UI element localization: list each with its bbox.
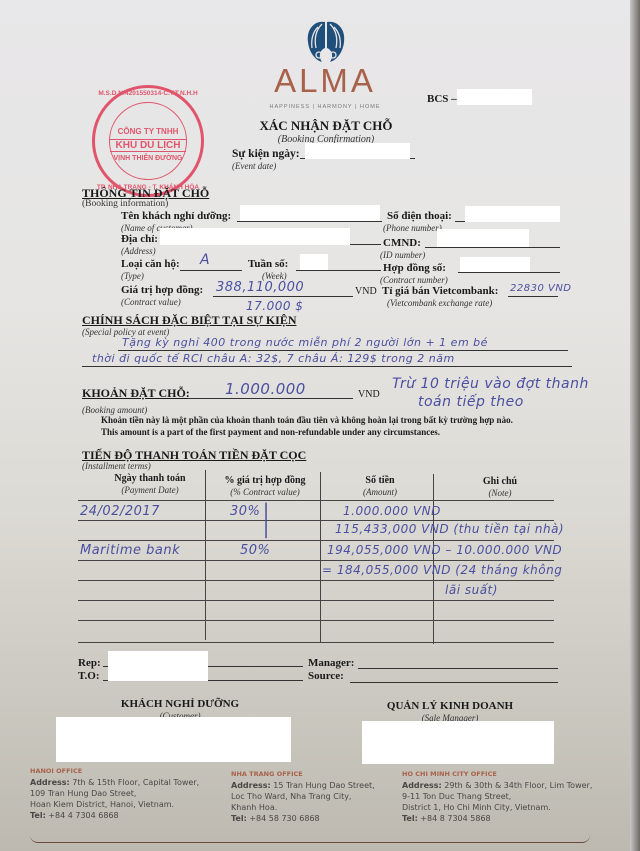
phone-label: Số điện thoại:: [387, 210, 452, 222]
to-label: T.O:: [78, 670, 100, 682]
col-sub-percent: (% Contract value): [210, 487, 320, 497]
exchange-rate-label: Tỉ giá bán Vietcombank:: [382, 285, 498, 297]
special-policy-text2: thời đi quốc tế RCI châu A: 32$, 7 châu …: [92, 352, 455, 365]
source-label: Source:: [308, 670, 344, 682]
office-address-line2: Loc Tho Ward, Nha Trang City,: [231, 791, 375, 802]
contract-value-line: [213, 296, 353, 297]
contract-value-sub: (Contract value): [121, 297, 181, 307]
id-line: [425, 247, 560, 248]
office-nha-trang: NHA TRANG OFFICE Address: 15 Tran Hung D…: [231, 769, 375, 824]
booking-amount-currency: VND: [358, 389, 380, 400]
row1-amount: 1.000.000 VND: [343, 504, 441, 518]
special-policy-title: CHÍNH SÁCH ĐẶC BIỆT TẠI SỰ KIỆN: [82, 313, 297, 328]
office-address: 15 Tran Hung Dao Street,: [273, 781, 374, 790]
alma-logo-icon: [298, 18, 354, 66]
stamp-line3: VỊNH THIÊN ĐƯỜNG: [110, 155, 186, 162]
office-address: 29th & 30th & 34th Floor, Lim Tower,: [444, 781, 592, 790]
document-title: XÁC NHẬN ĐẶT CHỖ: [250, 118, 402, 134]
phone-redacted: [465, 206, 560, 222]
tel-label: Tel:: [231, 814, 247, 823]
exchange-rate-value: 22830 VND: [510, 283, 572, 294]
table-row-line: [78, 560, 554, 561]
manager-label: Manager:: [308, 657, 354, 669]
row5-amount: lãi suất): [445, 583, 498, 597]
company-seal-stamp: M.S.D.N:4201550314-C.T.T.N.H.H CÔNG TY T…: [92, 85, 204, 197]
customer-name-redacted: [240, 205, 380, 221]
id-redacted: [437, 229, 529, 247]
customer-signature-redacted: [56, 717, 291, 762]
office-address-line2: 9-11 Ton Duc Thang Street,: [402, 791, 592, 802]
event-date-label: Sự kiện ngày:: [232, 148, 300, 160]
col-header-amount: Số tiền: [330, 475, 430, 486]
row3-percent: 50%: [240, 543, 270, 558]
office-hanoi: HANOI OFFICE Address: 7th & 15th Floor, …: [30, 766, 199, 821]
disclaimer-vi: Khoản tiền này là một phần của khoản tha…: [101, 415, 513, 425]
page-edge-shadow: [630, 0, 640, 851]
booking-amount-note-2: toán tiếp theo: [418, 394, 524, 410]
office-tel: +84 8 7304 5868: [420, 814, 490, 823]
office-name: NHA TRANG OFFICE: [231, 769, 375, 780]
office-address: 7th & 15th Floor, Capital Tower,: [72, 778, 199, 787]
brand-wordmark: ALMA: [250, 62, 400, 100]
customer-name-line: [237, 221, 382, 222]
table-row-line: [78, 580, 554, 581]
event-date-redacted: [305, 143, 410, 159]
address-sub: (Address): [121, 246, 156, 256]
table-row-line: [78, 642, 554, 643]
booking-amount-note-1: Trừ 10 triệu vào đợt thanh: [392, 376, 589, 392]
phone-sub: (Phone number): [383, 223, 442, 233]
booking-amount-value: 1.000.000: [225, 380, 306, 398]
type-label: Loại căn hộ:: [121, 258, 180, 270]
contract-no-line: [458, 272, 560, 273]
row4-amount: = 184,055,000 VND (24 tháng không: [322, 563, 562, 577]
table-row-line: [78, 540, 554, 541]
row2-amount: 115,433,000 VND (thu tiền tại nhà): [335, 522, 564, 536]
col-sub-note: (Note): [445, 488, 555, 498]
office-name: HO CHI MINH CITY OFFICE: [402, 769, 592, 780]
stamp-arc-top: M.S.D.N:4201550314-C.T.T.N.H.H: [95, 90, 201, 97]
row3-date: Maritime bank: [80, 543, 180, 558]
special-policy-line2: [82, 366, 572, 367]
rep-label: Rep:: [78, 657, 101, 669]
table-row-line: [78, 520, 554, 521]
manager-signature-redacted: [362, 721, 554, 764]
booking-amount-sub: (Booking amount): [82, 405, 147, 415]
address-label: Address:: [30, 778, 70, 787]
tel-label: Tel:: [30, 811, 46, 820]
col-sub-date: (Payment Date): [100, 485, 200, 495]
tel-label: Tel:: [402, 814, 418, 823]
manager-line: [358, 668, 558, 669]
type-sub: (Type): [121, 271, 144, 281]
office-address-line3: Khanh Hoa.: [231, 802, 375, 813]
week-line: [296, 270, 381, 271]
bcs-number-redacted: [457, 89, 532, 105]
event-date-sub: (Event date): [232, 161, 276, 171]
contract-value-usd: 17.000 $: [246, 299, 303, 313]
office-name: HANOI OFFICE: [30, 766, 199, 777]
bcs-label: BCS –: [427, 93, 457, 105]
stamp-line1: CÔNG TY TNHH: [110, 127, 186, 136]
week-redacted: [300, 254, 328, 270]
disclaimer-en: This amount is a part of the first payme…: [101, 427, 440, 437]
office-address-line3: District 1, Ho Chi Minh City, Vietnam.: [402, 802, 592, 813]
row1-date: 24/02/2017: [80, 504, 160, 519]
customer-name-label: Tên khách nghỉ dưỡng:: [121, 210, 231, 222]
exchange-rate-line: [508, 296, 558, 297]
table-row-line: [78, 600, 554, 601]
contract-no-label: Hợp đồng số:: [383, 262, 446, 274]
row1-percent: 30%: [230, 504, 260, 519]
footer-divider: [30, 835, 590, 843]
col-header-percent: % giá trị hợp đồng: [210, 475, 320, 486]
address-label: Địa chỉ:: [121, 233, 158, 245]
col-header-date: Ngày thanh toán: [100, 473, 200, 484]
table-divider: [320, 472, 321, 642]
office-hcmc: HO CHI MINH CITY OFFICE Address: 29th & …: [402, 769, 592, 824]
customer-signature-label: KHÁCH NGHỈ DƯỠNG: [80, 698, 280, 710]
row3-amount: 194,055,000 VND – 10.000.000 VND: [327, 543, 562, 557]
col-header-note: Ghi chú: [445, 476, 555, 487]
table-row-line: [78, 500, 554, 501]
brand-tagline: HAPPINESS | HARMONY | HOME: [254, 104, 396, 110]
table-divider: [205, 470, 206, 640]
col-sub-amount: (Amount): [330, 487, 430, 497]
office-address-line3: Hoan Kiem District, Hanoi, Vietnam.: [30, 799, 199, 810]
office-tel: +84 58 730 6868: [249, 814, 319, 823]
rep-redacted: [108, 651, 208, 681]
address-label: Address:: [231, 781, 271, 790]
contract-no-sub: (Contract number): [380, 275, 448, 285]
id-sub: (ID number): [380, 250, 425, 260]
installments-sub: (Installment terms): [82, 461, 151, 471]
special-policy-text1: Tặng kỳ nghỉ 400 trong nước miễn phí 2 n…: [122, 336, 488, 349]
address-redacted: [160, 228, 350, 245]
contract-value-label: Giá trị hợp đồng:: [121, 284, 203, 296]
type-line: [180, 270, 242, 271]
contract-currency: VND: [355, 286, 377, 297]
stamp-inner-ring: CÔNG TY TNHH KHU DU LỊCH VỊNH THIÊN ĐƯỜN…: [109, 102, 187, 180]
booking-info-sub: (Booking information): [82, 199, 168, 209]
booking-amount-line: [188, 398, 353, 399]
table-row-line: [78, 620, 554, 621]
office-tel: +84 4 7304 6868: [48, 811, 118, 820]
week-label: Tuần số:: [248, 258, 288, 270]
id-label: CMND:: [383, 237, 421, 249]
source-line: [350, 682, 558, 683]
row1-bracket: |: [263, 518, 270, 539]
stamp-line2: KHU DU LỊCH: [110, 139, 186, 152]
address-label: Address:: [402, 781, 442, 790]
special-policy-line1: [118, 350, 568, 351]
contract-no-redacted: [460, 257, 530, 272]
type-value: A: [200, 252, 210, 268]
office-address-line2: 109 Tran Hung Dao Street,: [30, 788, 199, 799]
contract-value: 388,110,000: [216, 280, 304, 295]
manager-signature-label: QUẢN LÝ KINH DOANH: [370, 700, 530, 712]
booking-amount-label: KHOẢN ĐẶT CHỖ:: [82, 386, 190, 401]
exchange-rate-sub: (Vietcombank exchange rate): [387, 298, 492, 308]
